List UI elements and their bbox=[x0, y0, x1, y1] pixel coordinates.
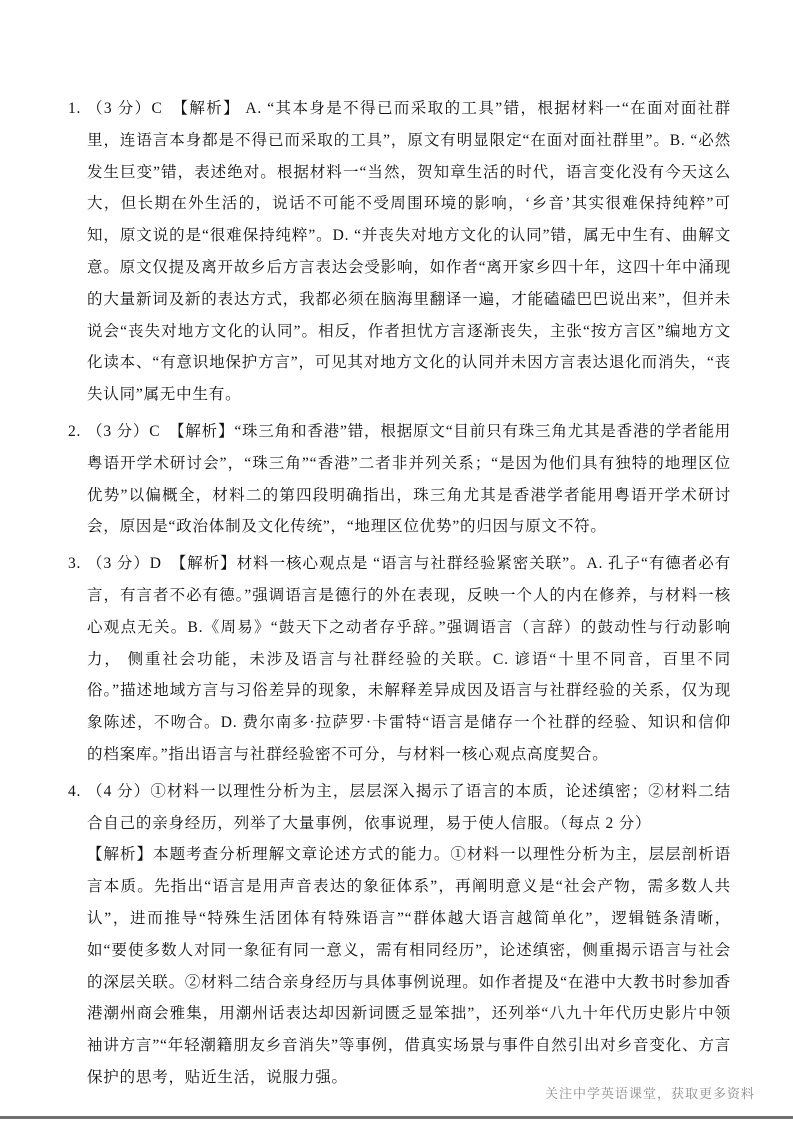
footer-note: 关注中学英语课堂，获取更多资料 bbox=[545, 1086, 755, 1102]
item-number: 1. bbox=[68, 93, 81, 125]
page-divider bbox=[0, 1116, 793, 1119]
answer-item-3: 3. （3 分）D 【解析】材料一核心观点是 “语言与社群经验紧密关联”。A. … bbox=[68, 548, 731, 771]
item-number: 4. bbox=[68, 776, 81, 808]
item-number: 3. bbox=[68, 548, 81, 580]
explanation-text: 【解析】本题考查分析理解文章论述方式的能力。①材料一以理性分析为主，层层剖析语言… bbox=[87, 839, 731, 1093]
answer-item-4: 4. （4 分）①材料一以理性分析为主，层层深入揭示了语言的本质，论述缜密；②材… bbox=[68, 776, 731, 1094]
answer-text: （3 分）C 【解析】 A. “其本身是不得已而采取的工具”错，根据材料一“在面… bbox=[87, 100, 731, 403]
item-number: 2. bbox=[68, 416, 81, 448]
answer-text: （4 分）①材料一以理性分析为主，层层深入揭示了语言的本质，论述缜密；②材料二结… bbox=[87, 776, 731, 840]
answer-text: （3 分）D 【解析】材料一核心观点是 “语言与社群经验紧密关联”。A. 孔子“… bbox=[87, 555, 731, 763]
answers-document: 1. （3 分）C 【解析】 A. “其本身是不得已而采取的工具”错，根据材料一… bbox=[68, 93, 731, 1099]
answer-item-2: 2. （3 分）C 【解析】“珠三角和香港”错，根据原文“目前只有珠三角尤其是香… bbox=[68, 416, 731, 543]
answer-text: （3 分）C 【解析】“珠三角和香港”错，根据原文“目前只有珠三角尤其是香港的学… bbox=[87, 423, 731, 535]
answer-item-1: 1. （3 分）C 【解析】 A. “其本身是不得已而采取的工具”错，根据材料一… bbox=[68, 93, 731, 411]
